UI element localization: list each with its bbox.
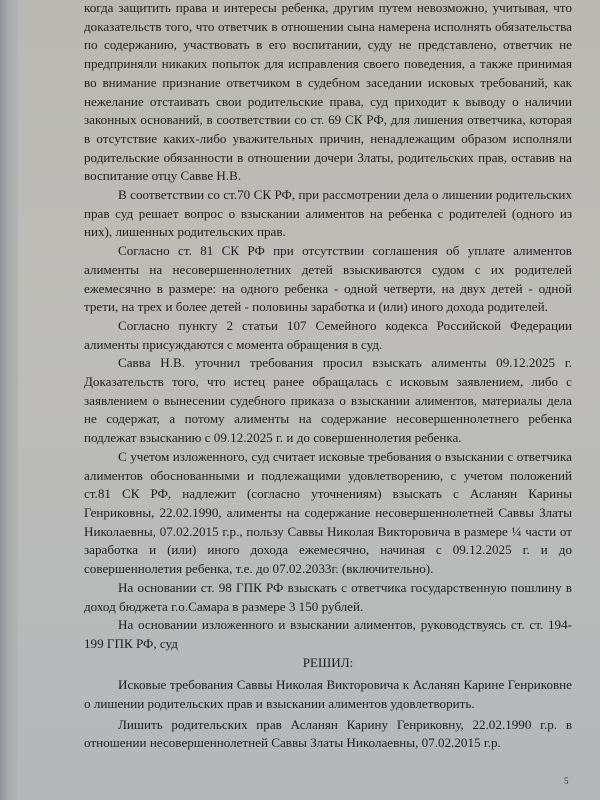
decision-paragraph-satisfy: Исковые требования Саввы Николая Викторо… xyxy=(84,676,572,713)
decision-heading: РЕШИЛ: xyxy=(84,654,572,673)
paragraph-article-107: Согласно пункту 2 статьи 107 Семейного к… xyxy=(84,317,572,354)
paragraph-article-70: В соответствии со ст.70 СК РФ, при рассм… xyxy=(84,186,572,242)
paragraph-state-fee: На основании ст. 98 ГПК РФ взыскать с от… xyxy=(84,579,572,616)
paragraph-court-considers: С учетом изложенного, суд считает исковы… xyxy=(84,448,572,579)
paragraph-continuation: когда защитить права и интересы ребенка,… xyxy=(84,0,572,186)
decision-paragraph-deprive: Лишить родительских прав Асланян Карину … xyxy=(84,716,572,753)
page-number: 5 xyxy=(564,776,569,786)
paragraph-claims-clarified: Савва Н.В. уточнил требования просил взы… xyxy=(84,354,572,448)
document-page: когда защитить права и интересы ребенка,… xyxy=(84,0,572,753)
paragraph-article-81: Согласно ст. 81 СК РФ при отсутствии сог… xyxy=(84,242,572,317)
page-edge-shadow xyxy=(0,0,18,800)
paragraph-grounds: На основании изложенного и взыскании али… xyxy=(84,616,572,653)
